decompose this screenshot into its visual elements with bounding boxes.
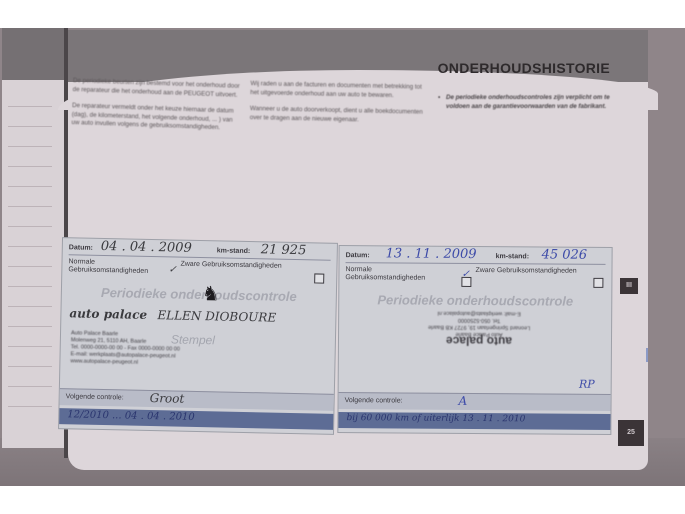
date-row: Datum: 13 . 11 . 2009 km-stand: 45 026 <box>346 250 606 265</box>
km-value: 21 925 <box>261 242 307 258</box>
next-control-value: Groot <box>150 391 185 406</box>
usage-conditions: Normale Gebruiksomstandigheden ✓ Zware G… <box>68 258 330 285</box>
warranty-note: • De periodieke onderhoudscontroles zijn… <box>446 94 621 111</box>
next-control-row: Volgende controle: Groot <box>60 388 334 411</box>
next-control-note: 12/2010 ... 04 . 04 . 2010 <box>59 408 333 430</box>
checkmark-icon: ✓ <box>461 271 469 279</box>
intro-paragraph: Wij raden u aan de facturen en documente… <box>250 80 430 101</box>
section-title: Periodieke onderhoudscontrole <box>62 284 336 305</box>
section-tab-marker: III <box>620 278 638 294</box>
intro-column-1: De periodieke beurten zijn bestemd voor … <box>71 77 243 141</box>
maintenance-history-page: ONDERHOUDSHISTORIE De periodieke beurten… <box>68 30 648 470</box>
intro-paragraph: Wanneer u de auto doorverkoopt, dient u … <box>250 105 430 126</box>
usage-conditions: Normale Gebruiksomstandigheden ✓ Zware G… <box>345 266 605 290</box>
date-value: 04 . 04 . 2009 <box>101 239 192 256</box>
bullet-icon: • <box>438 94 440 103</box>
next-control-value: A <box>459 394 468 408</box>
page-number-tab: 25 <box>618 420 644 446</box>
dealer-stamp-name: auto palace <box>69 306 147 322</box>
dealer-stamp: auto palace Auto Palace Baarle Leonard S… <box>399 308 559 344</box>
maintenance-entry-1: Datum: 04 . 04 . 2009 km-stand: 21 925 N… <box>58 237 338 435</box>
dealer-stamp: Auto Palace Baarle Molenweg 21, 5110 AH,… <box>70 330 221 368</box>
heavy-use-checkbox <box>593 278 603 288</box>
checkmark-icon: ✓ <box>168 266 177 274</box>
initials: RP <box>579 378 595 391</box>
page-title: ONDERHOUDSHISTORIE <box>438 60 610 76</box>
booklet-photo: ONDERHOUDSHISTORIE De periodieke beurten… <box>0 28 685 486</box>
intro-column-2: Wij raden u aan de facturen en documente… <box>249 80 430 134</box>
date-value: 13 . 11 . 2009 <box>386 246 477 262</box>
peugeot-lion-icon: ♞ <box>202 281 220 306</box>
signature: ELLEN DIOBOURE <box>157 308 276 324</box>
maintenance-entry-2: Datum: 13 . 11 . 2009 km-stand: 45 026 N… <box>337 245 612 435</box>
previous-page <box>2 28 64 448</box>
section-title: Periodieke onderhoudscontrole <box>339 292 611 309</box>
heavy-use-checkbox <box>314 273 324 283</box>
next-control-row: Volgende controle: A <box>339 392 611 411</box>
next-control-note: bij 60 000 km of uiterlijk 13 . 11 . 201… <box>338 412 610 430</box>
km-value: 45 026 <box>542 247 588 262</box>
intro-paragraph: De reparateur vermeldt onder het keuze h… <box>71 102 242 133</box>
date-row: Datum: 04 . 04 . 2009 km-stand: 21 925 <box>69 242 331 260</box>
